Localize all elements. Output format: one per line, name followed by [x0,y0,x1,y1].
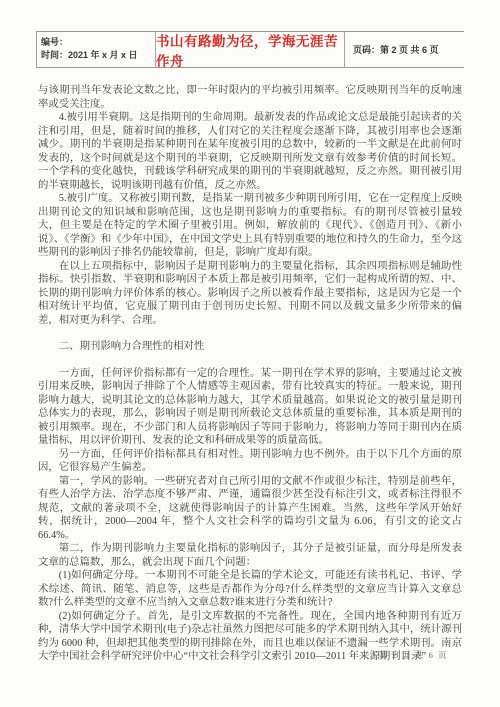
paragraph: 一方面，任何评价指标都有一定的合理性。某一期刊在学术界的影响，主要通过论文被引用… [38,367,462,448]
document-body: 与该期刊当年发表论文数之比，即一年时限内的平均被引用频率。它反映期刊当年的反响速… [38,84,462,664]
page-header: 编号： 时间：2021 年 x 月 x 日 书山有路勤为径，学海无涯苦作舟 页码… [36,31,464,68]
paragraph: 在以上五项指标中，影响因子是期刊影响力的主要量化指标，其余四项指标则是辅助性指标… [38,260,462,328]
doc-date-label: 时间：2021 年 x 月 x 日 [41,49,155,62]
footer-page-number: 第 2 页 共 6 页 [378,649,448,661]
section-heading: 二、期刊影响力合理性的相对性 [38,340,462,354]
doc-number-label: 编号： [41,36,155,49]
paragraph: 第一，学风的影响。一些研究者对自己所引用的文献不作或很少标注，特别是前些年，有些… [38,475,462,543]
paragraph: 5.被引广度。又称被引期刊数，是指某一期刊被多少种期刊所引用，它在一定程度上反映… [38,192,462,260]
paragraph: 与该期刊当年发表论文数之比，即一年时限内的平均被引用频率。它反映期刊当年的反响速… [38,84,462,111]
document-page: 编号： 时间：2021 年 x 月 x 日 书山有路勤为径，学海无涯苦作舟 页码… [0,0,500,707]
paragraph: 第二，作为期刊影响力主要量化指标的影响因子，其分子是被引证量，而分母是所发表文章… [38,542,462,569]
header-page-number: 页码：第 2 页 共 6 页 [344,32,464,67]
header-meta-cell: 编号： 时间：2021 年 x 月 x 日 [37,32,155,67]
paragraph: 另一方面，任何评价指标都具有相对性。期刊影响力也不例外。由于以下几个方面的原因，… [38,448,462,475]
paragraph: (1)如何确定分母。一本期刊不可能全是长篇的学术论文，可能还有读书札记、书评、学… [38,569,462,610]
paragraph: 4.被引用半衰期。这是指期刊的生命周期。最新发表的作品或论文总是最能引起读者的关… [38,111,462,192]
header-slogan: 书山有路勤为径，学海无涯苦作舟 [155,32,344,67]
